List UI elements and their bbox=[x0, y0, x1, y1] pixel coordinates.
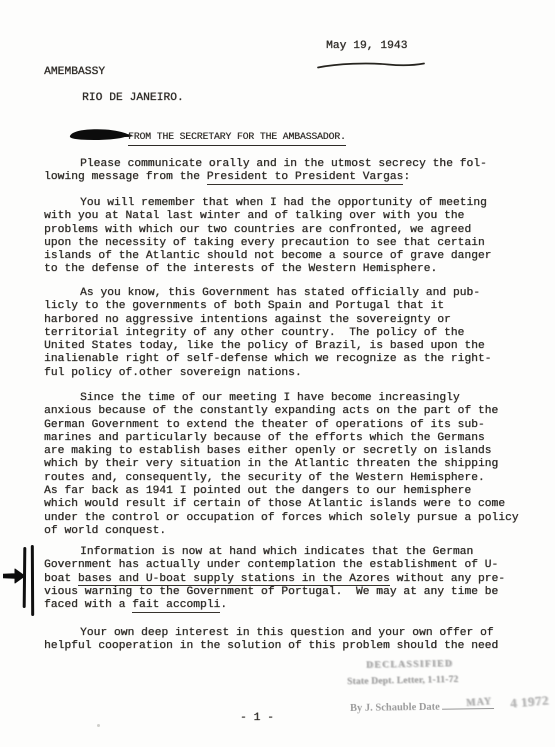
stamp-date-month: MAY bbox=[466, 696, 493, 709]
stamp-date-day-year: 4 1972 bbox=[509, 692, 549, 711]
subject-heading: FROM THE SECRETARY FOR THE AMBASSADOR. bbox=[128, 130, 346, 146]
text-segment: Your own deep interest in this question … bbox=[44, 627, 498, 652]
paragraph-policy-statement: As you know, this Government has stated … bbox=[44, 287, 536, 380]
redaction-marker-icon bbox=[68, 128, 132, 142]
paper-speck bbox=[97, 724, 100, 727]
paragraph-natal-meeting: You will remember that when I had the op… bbox=[44, 197, 536, 277]
stamp-by-text: By J. Schauble Date bbox=[350, 702, 440, 714]
stamp-authority-line: State Dept. Letter, 1-11-72 bbox=[347, 675, 459, 687]
sender-city: RIO DE JANEIRO. bbox=[82, 92, 184, 105]
margin-emphasis-line-right-icon bbox=[31, 545, 35, 616]
page-number: - 1 - bbox=[240, 712, 274, 725]
underlined-text-segment: President to President Vargas bbox=[207, 171, 404, 185]
stamp-declassified: DECLASSIFIED bbox=[366, 659, 453, 671]
underlined-text-segment: bases and U-boat supply stations in the … bbox=[78, 573, 390, 587]
text-segment: : bbox=[403, 171, 410, 183]
underlined-text-segment: fait accompli bbox=[132, 599, 220, 613]
paragraph-message-intro: Please communicate orally and in the utm… bbox=[44, 158, 536, 185]
sender-office: AMEMBASSY bbox=[44, 66, 105, 79]
hand-drawn-underline-icon bbox=[316, 61, 426, 70]
paragraph-german-expansion: Since the time of our meeting I have bec… bbox=[44, 392, 536, 538]
paragraph-cooperation: Your own deep interest in this question … bbox=[44, 627, 536, 654]
text-segment: Since the time of our meeting I have bec… bbox=[44, 392, 519, 537]
text-segment: . bbox=[220, 599, 227, 611]
margin-emphasis-line-left-icon bbox=[23, 547, 26, 608]
text-segment: You will remember that when I had the op… bbox=[44, 197, 491, 275]
document-date: May 19, 1943 bbox=[326, 40, 407, 53]
scanned-document-page: May 19, 1943 AMEMBASSY RIO DE JANEIRO. F… bbox=[0, 0, 555, 747]
paragraph-uboat-information: Information is now at hand which indicat… bbox=[44, 546, 536, 612]
text-segment: As you know, this Government has stated … bbox=[44, 287, 491, 379]
